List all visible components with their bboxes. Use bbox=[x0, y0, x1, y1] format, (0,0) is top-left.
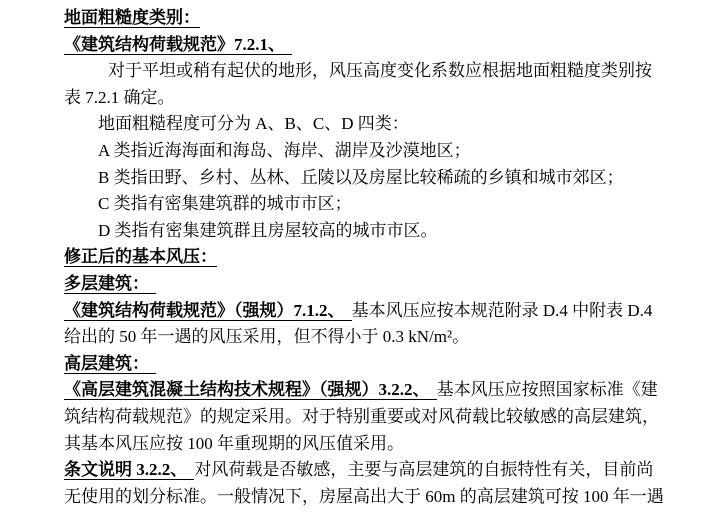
heading-segment: 多层建筑： bbox=[64, 274, 156, 294]
heading-segment: 条文说明 3.2.2、 bbox=[64, 460, 194, 480]
text-line: 多层建筑： bbox=[64, 271, 662, 298]
text-line: D 类指有密集建筑群且房屋较高的城市市区。 bbox=[64, 218, 662, 245]
text-line: 地面粗糙程度可分为 A、B、C、D 四类： bbox=[64, 111, 662, 138]
heading-segment: 高层建筑： bbox=[64, 354, 156, 374]
text-segment: 其基本风压应按 100 年重现期的风压值采用。 bbox=[64, 434, 404, 453]
text-line: 《建筑结构荷载规范》（强规）7.1.2、基本风压应按本规范附录 D.4 中附表 … bbox=[64, 298, 662, 325]
heading-segment: 《高层建筑混凝土结构技术规程》（强规）3.2.2、 bbox=[64, 380, 437, 400]
text-segment: 基本风压应按照国家标准《建 bbox=[437, 380, 658, 399]
text-segment: 对风荷载是否敏感，主要与高层建筑的自振特性有关，目前尚 bbox=[194, 460, 653, 479]
document-body: 地面粗糙度类别：《建筑结构荷载规范》7.2.1、对于平坦或稍有起伏的地形，风压高… bbox=[64, 5, 662, 510]
text-line: 无使用的划分标准。一般情况下，房屋高出大于 60m 的高层建筑可按 100 年一… bbox=[64, 484, 662, 511]
text-segment: 表 7.2.1 确定。 bbox=[64, 88, 175, 107]
text-line: 其基本风压应按 100 年重现期的风压值采用。 bbox=[64, 431, 662, 458]
text-line: A 类指近海海面和海岛、海岸、湖岸及沙漠地区； bbox=[64, 138, 662, 165]
text-segment: 基本风压应按本规范附录 D.4 中附表 D.4 bbox=[352, 301, 653, 320]
text-line: C 类指有密集建筑群的城市市区； bbox=[64, 191, 662, 218]
text-segment: 筑结构荷载规范》的规定采用。对于特别重要或对风荷载比较敏感的高层建筑， bbox=[64, 407, 659, 426]
heading-segment: 地面粗糙度类别： bbox=[64, 8, 200, 28]
heading-segment: 修正后的基本风压： bbox=[64, 247, 217, 267]
text-line: B 类指田野、乡村、丛林、丘陵以及房屋比较稀疏的乡镇和城市郊区； bbox=[64, 165, 662, 192]
text-line: 高层建筑： bbox=[64, 351, 662, 378]
text-segment: B 类指田野、乡村、丛林、丘陵以及房屋比较稀疏的乡镇和城市郊区； bbox=[98, 168, 624, 187]
text-line: 《高层建筑混凝土结构技术规程》（强规）3.2.2、基本风压应按照国家标准《建 bbox=[64, 377, 662, 404]
text-segment: 给出的 50 年一遇的风压采用，但不得小于 0.3 kN/m²。 bbox=[64, 327, 469, 346]
text-segment: D 类指有密集建筑群且房屋较高的城市市区。 bbox=[98, 221, 438, 240]
text-line: 《建筑结构荷载规范》7.2.1、 bbox=[64, 32, 662, 59]
text-line: 修正后的基本风压： bbox=[64, 244, 662, 271]
text-line: 条文说明 3.2.2、对风荷载是否敏感，主要与高层建筑的自振特性有关，目前尚 bbox=[64, 457, 662, 484]
text-line: 给出的 50 年一遇的风压采用，但不得小于 0.3 kN/m²。 bbox=[64, 324, 662, 351]
text-line: 地面粗糙度类别： bbox=[64, 5, 662, 32]
text-segment: C 类指有密集建筑群的城市市区； bbox=[98, 194, 352, 213]
heading-segment: 《建筑结构荷载规范》（强规）7.1.2、 bbox=[64, 301, 352, 321]
text-line: 筑结构荷载规范》的规定采用。对于特别重要或对风荷载比较敏感的高层建筑， bbox=[64, 404, 662, 431]
text-segment: 地面粗糙程度可分为 A、B、C、D 四类： bbox=[98, 114, 409, 133]
document-page: 地面粗糙度类别：《建筑结构荷载规范》7.2.1、对于平坦或稍有起伏的地形，风压高… bbox=[0, 0, 702, 517]
text-line: 表 7.2.1 确定。 bbox=[64, 85, 662, 112]
text-segment: 无使用的划分标准。一般情况下，房屋高出大于 60m 的高层建筑可按 100 年一… bbox=[64, 487, 664, 506]
text-line: 对于平坦或稍有起伏的地形，风压高度变化系数应根据地面粗糙度类别按 bbox=[64, 58, 662, 85]
heading-segment: 《建筑结构荷载规范》7.2.1、 bbox=[64, 35, 292, 55]
text-segment: 对于平坦或稍有起伏的地形，风压高度变化系数应根据地面粗糙度类别按 bbox=[108, 61, 652, 80]
text-segment: A 类指近海海面和海岛、海岸、湖岸及沙漠地区； bbox=[98, 141, 471, 160]
